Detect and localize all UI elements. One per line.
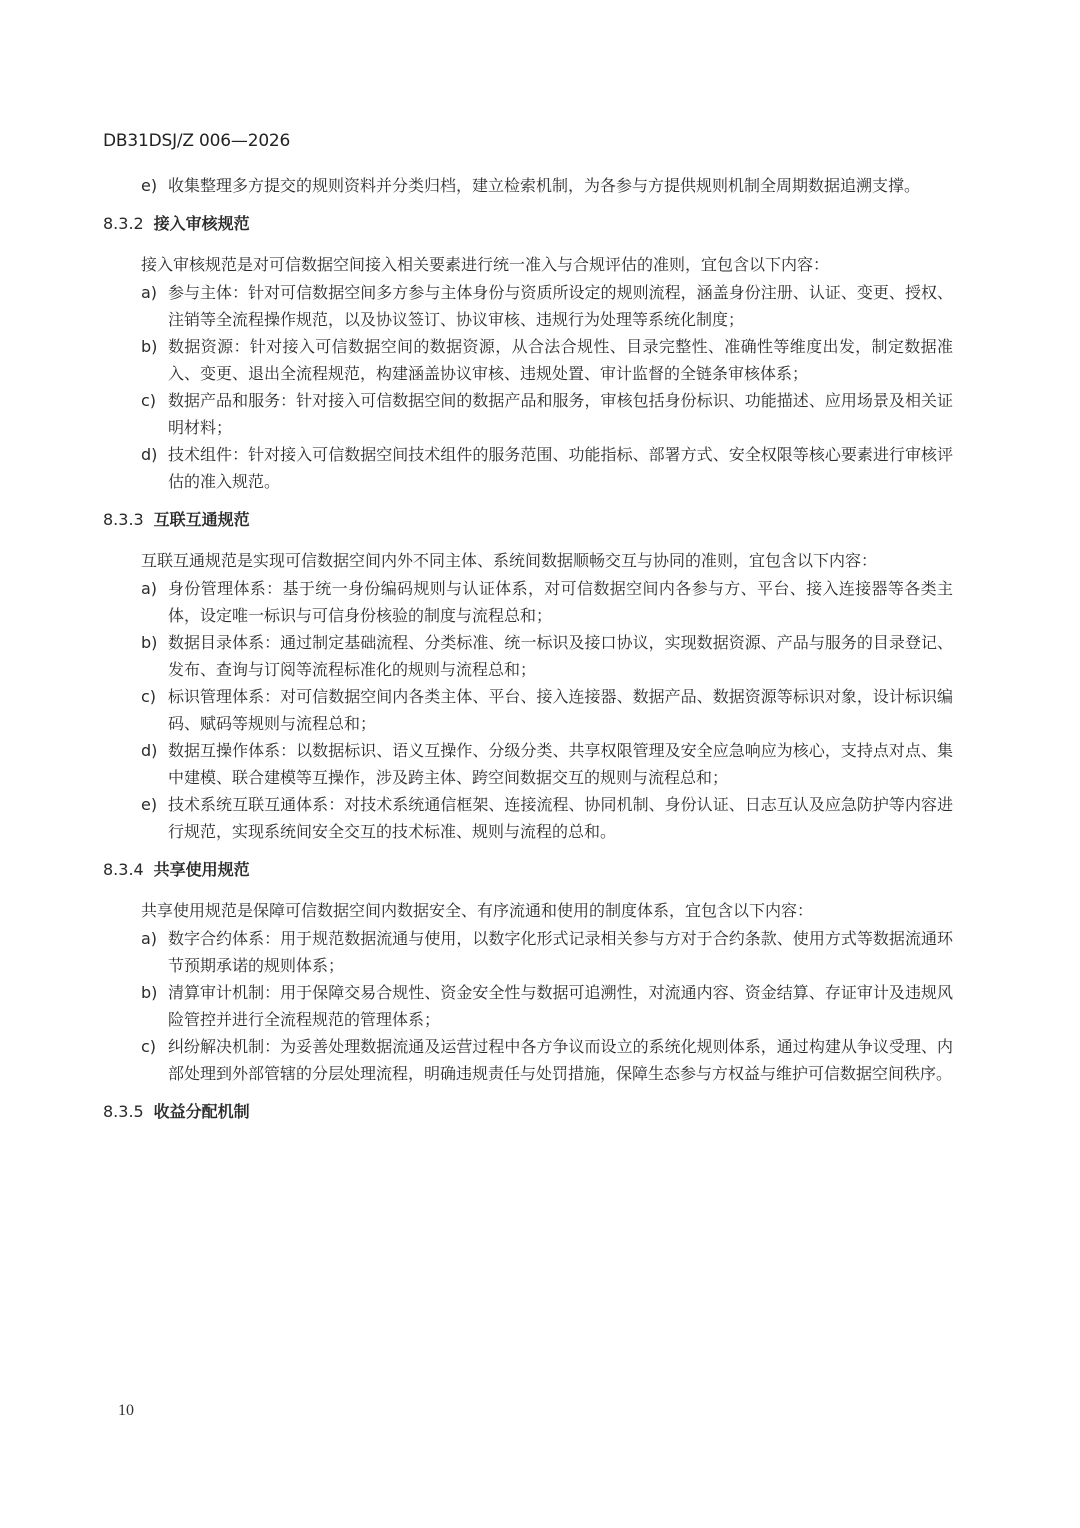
section-heading-8-3-2: 8.3.2 接入审核规范	[103, 212, 953, 236]
section-number: 8.3.2	[103, 212, 148, 236]
list-item: d)技术组件：针对接入可信数据空间技术组件的服务范围、功能指标、部署方式、安全权…	[103, 441, 953, 495]
section-number: 8.3.3	[103, 508, 148, 532]
section-title: 互联互通规范	[154, 510, 250, 529]
list-item: e) 收集整理多方提交的规则资料并分类归档，建立检索机制，为各参与方提供规则机制…	[103, 172, 953, 199]
item-text: 数据互操作体系：以数据标识、语义互操作、分级分类、共享权限管理及安全应急响应为核…	[168, 741, 953, 787]
item-text: 清算审计机制：用于保障交易合规性、资金安全性与数据可追溯性，对流通内容、资金结算…	[168, 983, 953, 1029]
section-number: 8.3.4	[103, 858, 148, 882]
item-text: 收集整理多方提交的规则资料并分类归档，建立检索机制，为各参与方提供规则机制全周期…	[168, 176, 920, 195]
list-item: a)参与主体：针对可信数据空间多方参与主体身份与资质所设定的规则流程，涵盖身份注…	[103, 279, 953, 333]
item-label: c)	[141, 387, 156, 414]
section-title: 接入审核规范	[154, 214, 250, 233]
section-intro: 共享使用规范是保障可信数据空间内数据安全、有序流通和使用的制度体系，宜包含以下内…	[103, 896, 953, 925]
item-label: c)	[141, 1033, 156, 1060]
item-label: a)	[141, 575, 157, 602]
list-item: c)数据产品和服务：针对接入可信数据空间的数据产品和服务，审核包括身份标识、功能…	[103, 387, 953, 441]
item-label: d)	[141, 737, 157, 764]
section-heading-8-3-3: 8.3.3 互联互通规范	[103, 508, 953, 532]
list-item: e)技术系统互联互通体系：对技术系统通信框架、连接流程、协同机制、身份认证、日志…	[103, 791, 953, 845]
item-text: 参与主体：针对可信数据空间多方参与主体身份与资质所设定的规则流程，涵盖身份注册、…	[168, 283, 953, 329]
list-item: b)数据目录体系：通过制定基础流程、分类标准、统一标识及接口协议，实现数据资源、…	[103, 629, 953, 683]
list-item: c)纠纷解决机制：为妥善处理数据流通及运营过程中各方争议而设立的系统化规则体系，…	[103, 1033, 953, 1087]
item-label: a)	[141, 925, 157, 952]
section-title: 收益分配机制	[154, 1102, 250, 1121]
section-number: 8.3.5	[103, 1100, 148, 1124]
item-label: e)	[141, 172, 157, 199]
list-item: b)数据资源：针对接入可信数据空间的数据资源，从合法合规性、目录完整性、准确性等…	[103, 333, 953, 387]
item-text: 数字合约体系：用于规范数据流通与使用，以数字化形式记录相关参与方对于合约条款、使…	[168, 929, 953, 975]
page-number: 10	[118, 1402, 134, 1420]
item-label: a)	[141, 279, 157, 306]
item-label: b)	[141, 629, 157, 656]
item-label: b)	[141, 333, 157, 360]
item-label: e)	[141, 791, 157, 818]
item-text: 数据资源：针对接入可信数据空间的数据资源，从合法合规性、目录完整性、准确性等维度…	[168, 337, 953, 383]
document-body: e) 收集整理多方提交的规则资料并分类归档，建立检索机制，为各参与方提供规则机制…	[103, 172, 953, 1138]
item-text: 身份管理体系：基于统一身份编码规则与认证体系，对可信数据空间内各参与方、平台、接…	[168, 579, 953, 625]
section-heading-8-3-4: 8.3.4 共享使用规范	[103, 858, 953, 882]
list-item: a)身份管理体系：基于统一身份编码规则与认证体系，对可信数据空间内各参与方、平台…	[103, 575, 953, 629]
section-heading-8-3-5: 8.3.5 收益分配机制	[103, 1100, 953, 1124]
document-code: DB31DSJ/Z 006—2026	[103, 131, 290, 151]
section-title: 共享使用规范	[154, 860, 250, 879]
section-intro: 接入审核规范是对可信数据空间接入相关要素进行统一准入与合规评估的准则，宜包含以下…	[103, 250, 953, 279]
item-text: 数据目录体系：通过制定基础流程、分类标准、统一标识及接口协议，实现数据资源、产品…	[168, 633, 953, 679]
item-label: b)	[141, 979, 157, 1006]
list-item: a)数字合约体系：用于规范数据流通与使用，以数字化形式记录相关参与方对于合约条款…	[103, 925, 953, 979]
item-text: 技术组件：针对接入可信数据空间技术组件的服务范围、功能指标、部署方式、安全权限等…	[168, 445, 953, 491]
list-item: c)标识管理体系：对可信数据空间内各类主体、平台、接入连接器、数据产品、数据资源…	[103, 683, 953, 737]
item-text: 数据产品和服务：针对接入可信数据空间的数据产品和服务，审核包括身份标识、功能描述…	[168, 391, 953, 437]
item-text: 纠纷解决机制：为妥善处理数据流通及运营过程中各方争议而设立的系统化规则体系，通过…	[168, 1037, 953, 1083]
item-label: c)	[141, 683, 156, 710]
item-text: 标识管理体系：对可信数据空间内各类主体、平台、接入连接器、数据产品、数据资源等标…	[168, 687, 953, 733]
item-label: d)	[141, 441, 157, 468]
list-item: d)数据互操作体系：以数据标识、语义互操作、分级分类、共享权限管理及安全应急响应…	[103, 737, 953, 791]
item-text: 技术系统互联互通体系：对技术系统通信框架、连接流程、协同机制、身份认证、日志互认…	[168, 795, 953, 841]
section-intro: 互联互通规范是实现可信数据空间内外不同主体、系统间数据顺畅交互与协同的准则，宜包…	[103, 546, 953, 575]
list-item: b)清算审计机制：用于保障交易合规性、资金安全性与数据可追溯性，对流通内容、资金…	[103, 979, 953, 1033]
